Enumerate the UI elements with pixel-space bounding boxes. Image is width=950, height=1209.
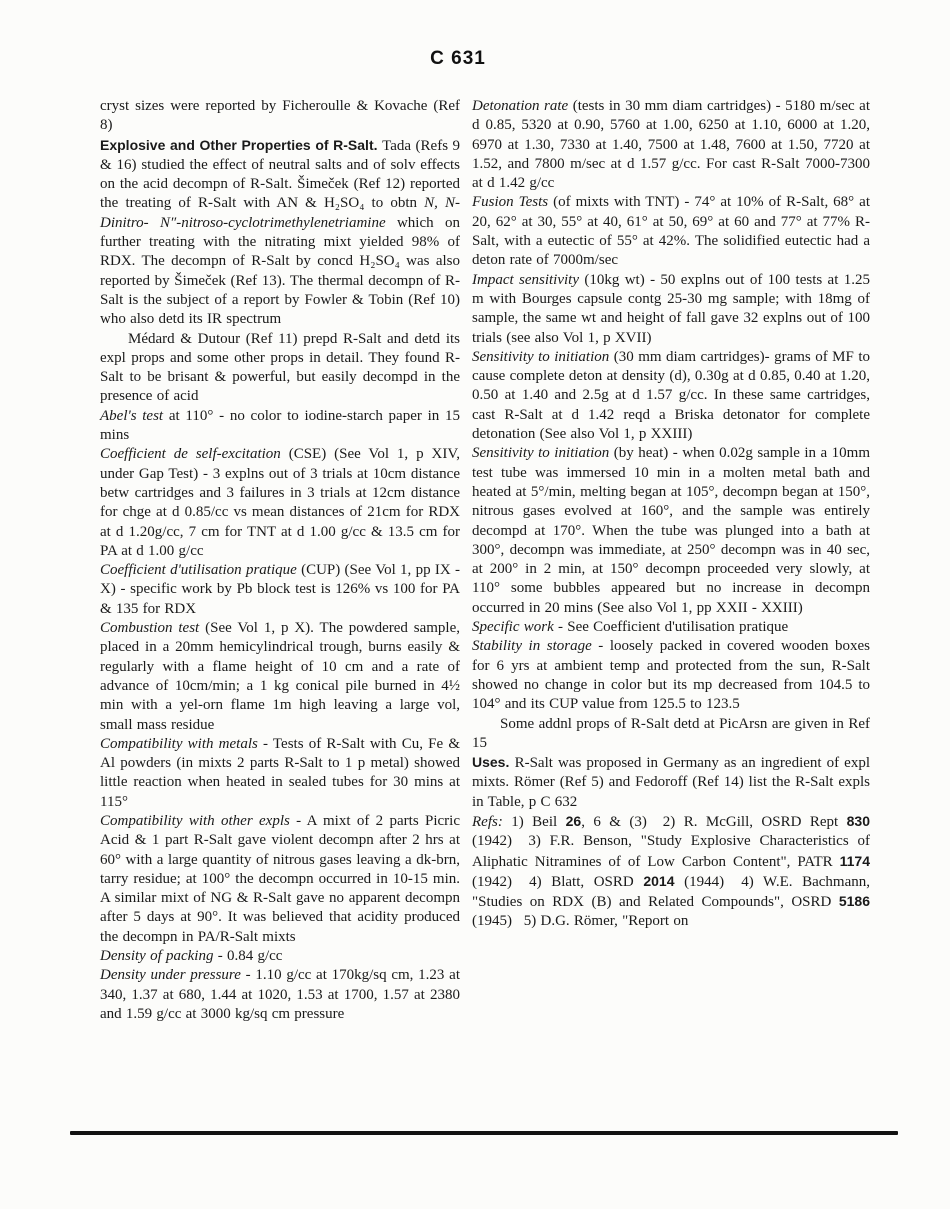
- footer-rule: [70, 1131, 898, 1135]
- text-segment: - 0.84 g/cc: [213, 948, 282, 964]
- paragraph: Density of packing - 0.84 g/cc: [100, 947, 460, 966]
- paragraph: Sensitivity to initiation (30 mm diam ca…: [472, 348, 870, 444]
- left-column: cryst sizes were reported by Ficheroulle…: [100, 97, 460, 1024]
- text-segment: Sensitivity to initiation: [472, 445, 609, 461]
- text-segment: Stability in storage: [472, 638, 592, 654]
- text-segment: Coefficient de self-excitation: [100, 446, 281, 462]
- text-segment: R-Salt was proposed in Germany as an ing…: [472, 755, 870, 810]
- text-segment: 26: [566, 813, 582, 829]
- paragraph: Combustion test (See Vol 1, p X). The po…: [100, 619, 460, 735]
- text-segment: Refs:: [472, 814, 503, 830]
- paragraph: Médard & Dutour (Ref 11) prepd R-Salt an…: [100, 330, 460, 407]
- document-page: C 631 cryst sizes were reported by Fiche…: [0, 0, 950, 1209]
- text-segment: Fusion Tests: [472, 194, 548, 210]
- text-segment: (See Vol 1, p X). The powdered sample, p…: [100, 620, 460, 732]
- text-segment: Detonation rate: [472, 98, 568, 114]
- paragraph: Compatibility with other expls - A mixt …: [100, 812, 460, 947]
- paragraph: Coefficient d'utilisation pratique (CUP)…: [100, 561, 460, 619]
- paragraph: Detonation rate (tests in 30 mm diam car…: [472, 97, 870, 193]
- text-segment: Some addnl props of R-Salt detd at PicAr…: [472, 716, 870, 751]
- paragraph: Explosive and Other Properties of R-Salt…: [100, 136, 460, 330]
- text-segment: (1942) 3) F.R. Benson, "Study Explosive …: [472, 833, 870, 869]
- text-segment: (1945) 5) D.G. Römer, "Report on: [472, 913, 688, 929]
- paragraph: Compatibility with metals - Tests of R-S…: [100, 735, 460, 812]
- paragraph: Density under pressure - 1.10 g/cc at 17…: [100, 966, 460, 1024]
- text-segment: Sensitivity to initiation: [472, 349, 609, 365]
- text-segment: Impact sensitivity: [472, 272, 579, 288]
- text-segment: Specific work: [472, 619, 554, 635]
- text-segment: (CSE) (See Vol 1, p XIV, under Gap Test)…: [100, 446, 460, 558]
- paragraph: Stability in storage - loosely packed in…: [472, 637, 870, 714]
- text-segment: Density under pressure: [100, 967, 241, 983]
- paragraph: Some addnl props of R-Salt detd at PicAr…: [472, 715, 870, 754]
- paragraph: Fusion Tests (of mixts with TNT) - 74° a…: [472, 193, 870, 270]
- text-segment: - A mixt of 2 parts Picric Acid & 1 part…: [100, 813, 460, 945]
- paragraph: Specific work - See Coefficient d'utilis…: [472, 618, 870, 637]
- text-segment: Coefficient d'utilisation pratique: [100, 562, 297, 578]
- text-segment: 830: [847, 813, 870, 829]
- text-segment: Médard & Dutour (Ref 11) prepd R-Salt an…: [100, 331, 460, 405]
- text-segment: , 6 & (3) 2) R. McGill, OSRD Rept: [581, 814, 846, 830]
- text-segment: Abel's test: [100, 408, 163, 424]
- text-segment: (by heat) - when 0.02g sample in a 10mm …: [472, 445, 870, 615]
- text-segment: Uses.: [472, 754, 515, 770]
- text-segment: - See Coefficient d'utilisation pratique: [554, 619, 788, 635]
- paragraph: Refs: 1) Beil 26, 6 & (3) 2) R. McGill, …: [472, 812, 870, 932]
- page-number: C 631: [0, 48, 916, 70]
- text-segment: Combustion test: [100, 620, 199, 636]
- paragraph: Coefficient de self-excitation (CSE) (Se…: [100, 445, 460, 561]
- text-segment: 1174: [840, 853, 870, 869]
- text-columns: cryst sizes were reported by Ficheroulle…: [100, 97, 870, 1024]
- text-segment: cryst sizes were reported by Ficheroulle…: [100, 98, 460, 133]
- text-segment: which on further treating with the nitra…: [100, 215, 460, 327]
- text-segment: Compatibility with other expls: [100, 813, 290, 829]
- text-segment: 2014: [643, 873, 674, 889]
- text-segment: 1) Beil: [503, 814, 566, 830]
- paragraph: cryst sizes were reported by Ficheroulle…: [100, 97, 460, 136]
- paragraph: Abel's test at 110° - no color to iodine…: [100, 407, 460, 446]
- text-segment: Explosive and Other Properties of R-Salt…: [100, 137, 382, 153]
- text-segment: Compatibility with metals: [100, 736, 258, 752]
- paragraph: Impact sensitivity (10kg wt) - 50 explns…: [472, 271, 870, 348]
- paragraph: Sensitivity to initiation (by heat) - wh…: [472, 444, 870, 618]
- text-segment: Density of packing: [100, 948, 213, 964]
- text-segment: 5186: [839, 893, 870, 909]
- paragraph: Uses. R-Salt was proposed in Germany as …: [472, 753, 870, 812]
- right-column: Detonation rate (tests in 30 mm diam car…: [472, 97, 870, 932]
- text-segment: (1942) 4) Blatt, OSRD: [472, 874, 643, 890]
